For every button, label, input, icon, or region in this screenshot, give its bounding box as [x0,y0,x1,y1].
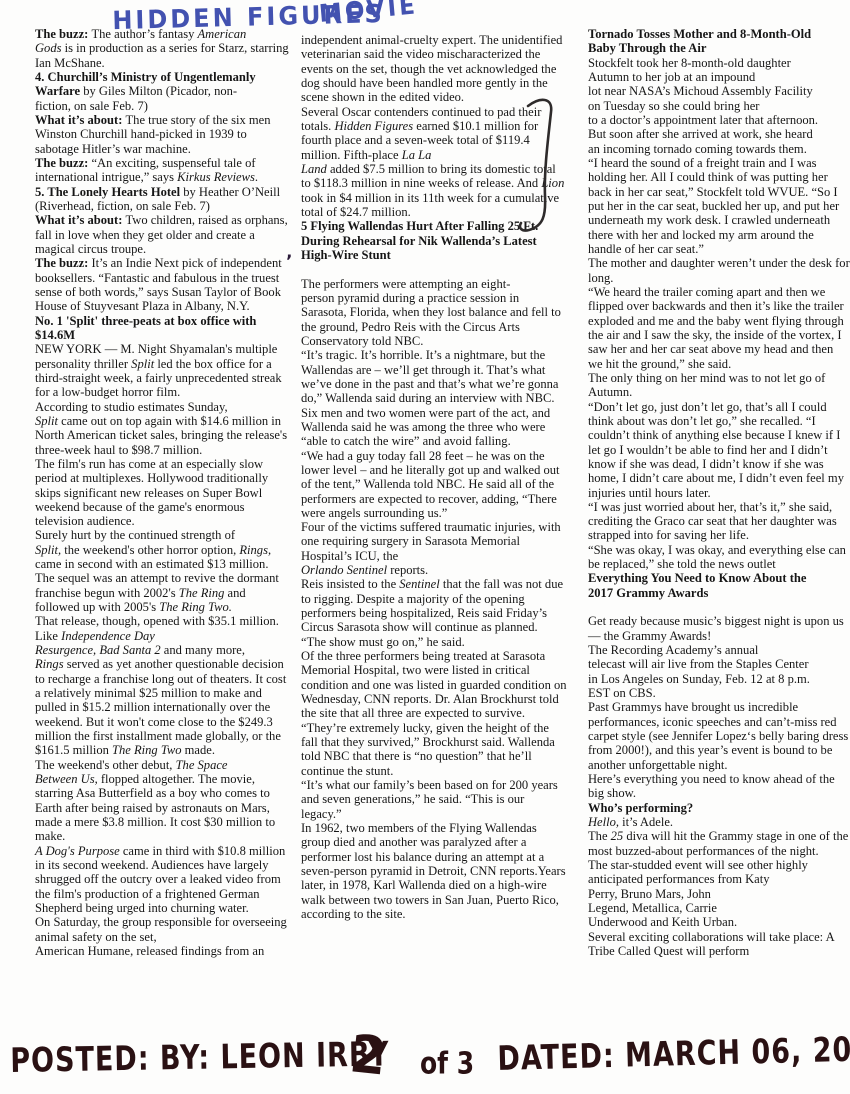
paragraph: The 25 diva will hit the Grammy stage in… [588,829,850,858]
paragraph: Four of the victims suffered traumatic i… [301,520,567,577]
paragraph: A Dog's Purpose came in third with $10.8… [35,844,290,916]
paragraph: “Don’t let go, just don’t let go, that’s… [588,400,850,500]
paragraph: The film's run has come at an especially… [35,457,290,529]
paragraph: “It’s tragic. It’s horrible. It’s a nigh… [301,348,567,405]
footer-dated: DATED: MARCH 06, 2017 [497,1030,850,1079]
handwritten-bracket-mark [513,94,567,242]
scanned-document-page: HIDDEN FIGURES MOVIE The buzz: The autho… [0,0,850,1094]
paragraph: Everything You Need to Know About the 20… [588,571,850,600]
paragraph: The Recording Academy’s annual telecast … [588,643,850,700]
footer-page-of: of 3 [420,1046,474,1081]
paragraph: The only thing on her mind was to not le… [588,371,850,400]
paragraph: “I heard the sound of a freight train an… [588,156,850,256]
paragraph: “I was just worried about her, that’s it… [588,500,850,543]
paragraph: Six men and two women were part of the a… [301,406,567,449]
paragraph: Get ready because music’s biggest night … [588,614,850,643]
paragraph: NEW YORK — M. Night Shyamalan's multiple… [35,342,290,399]
paragraph: Past Grammys have brought us incredible … [588,700,850,772]
paragraph: “It’s what our family’s been based on fo… [301,778,567,821]
paragraph: No. 1 'Split' three-peats at box office … [35,314,290,343]
paragraph: “She was okay, I was okay, and everythin… [588,543,850,572]
paragraph: “The show must go on,” he said. [301,635,567,649]
paragraph: What it’s about: The true story of the s… [35,113,290,156]
paragraph: The mother and daughter weren’t under th… [588,256,850,285]
paragraph: The buzz: It’s an Indie Next pick of ind… [35,256,290,313]
paragraph-gap [588,600,850,614]
article-column-left: The buzz: The author’s fantasy American … [35,27,290,958]
paragraph: Hello, it’s Adele. [588,815,850,829]
paragraph: Here’s everything you need to know ahead… [588,772,850,801]
paragraph: On Saturday, the group responsible for o… [35,915,290,958]
paragraph: “They’re extremely lucky, given the heig… [301,721,567,778]
paragraph: The buzz: “An exciting, suspenseful tale… [35,156,290,185]
paragraph: In 1962, two members of the Flying Walle… [301,821,567,921]
paragraph: Who’s performing? [588,801,850,815]
paragraph-gap [301,262,567,276]
paragraph: The weekend's other debut, The Space Bet… [35,758,290,844]
paragraph: 5. The Lonely Hearts Hotel by Heather O’… [35,185,290,214]
paragraph: The star-studded event will see other hi… [588,858,850,930]
paragraph: Several exciting collaborations will tak… [588,930,850,959]
paragraph: “We had a guy today fall 28 feet – he wa… [301,449,567,521]
paragraph: 4. Churchill’s Ministry of Ungentlemanly… [35,70,290,113]
paragraph: According to studio estimates Sunday, Sp… [35,400,290,457]
handwritten-tick-mark: ’ [286,252,292,272]
paragraph: “We heard the trailer coming apart and t… [588,285,850,371]
footer-posted-by: POSTED: BY: LEON IRBY [10,1035,390,1080]
paragraph: Stockfelt took her 8-month-old daughter … [588,56,850,156]
handwritten-annotation-movie: MOVIE [318,0,419,28]
footer-page-number: 2 [347,1024,389,1087]
paragraph: The buzz: The author’s fantasy American … [35,27,290,70]
paragraph: That release, though, opened with $35.1 … [35,614,290,757]
paragraph: Reis insisted to the Sentinel that the f… [301,577,567,634]
paragraph: What it’s about: Two children, raised as… [35,213,290,256]
paragraph: Of the three performers being treated at… [301,649,567,721]
paragraph: Surely hurt by the continued strength of… [35,528,290,614]
paragraph: Tornado Tosses Mother and 8-Month-Old Ba… [588,27,850,56]
article-column-right: Tornado Tosses Mother and 8-Month-Old Ba… [588,27,850,958]
handwritten-footer: POSTED: BY: LEON IRBY 2 of 3 DATED: MARC… [0,1026,850,1094]
paragraph: The performers were attempting an eight-… [301,277,567,349]
